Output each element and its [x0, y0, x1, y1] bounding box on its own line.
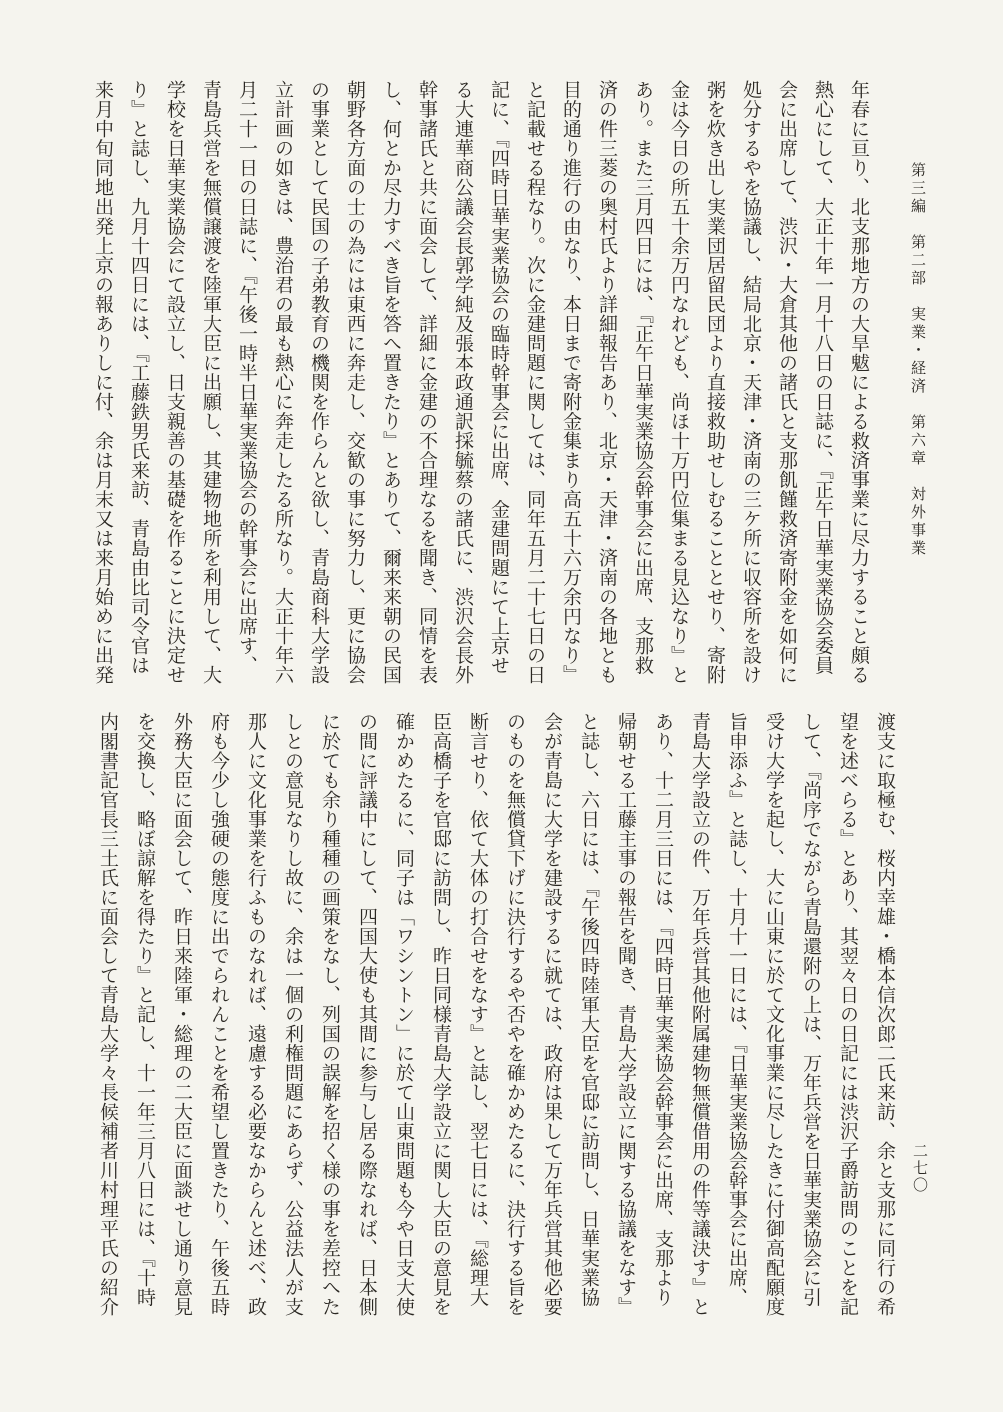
text-column: 府も今少し強硬の態度に出でられんことを希望し置きたり、午後五時: [200, 712, 237, 1344]
text-column: 青島兵営を無償譲渡を陸軍大臣に出願し、其建物地所を利用して、大: [193, 80, 229, 712]
text-column: 受け大学を起し、大に山東に於て文化事業に尽したきに付御高配願度: [755, 712, 792, 1344]
text-column: を交換し、略ぼ諒解を得たり』と記し、十一年三月八日には、『十時: [126, 712, 163, 1344]
text-column: し、何とか尽力すべき旨を答へ置きたり』とありて、爾来来朝の民国: [373, 80, 409, 712]
text-column: 月二十一日の日誌に、『午後一時半日華実業協会の幹事会に出席す、: [229, 80, 265, 712]
text-column: 青島大学設立の件、万年兵営其他附属建物無償借用の件等議決す』と: [681, 712, 718, 1344]
text-column: 熱心にして、大正十年一月十八日の日誌に、『正午日華実業協会委員: [805, 80, 841, 712]
text-column: 目的通り進行の由なり、本日まで寄附金集まり高五十六万余円なり』: [553, 80, 589, 712]
text-column: 来月中旬同地出発上京の報ありしに付、余は月末又は来月始めに出発: [85, 80, 121, 712]
text-column: 幹事諸氏と共に面会して、詳細に金建の不合理なるを聞き、同情を表: [409, 80, 445, 712]
text-column: 朝野各方面の士の為には東西に奔走し、交歓の事に努力し、更に協会: [337, 80, 373, 712]
text-column: 年春に亘り、北支那地方の大旱魃による救済事業に尽力すること頗る: [841, 80, 877, 712]
text-column: 処分するやを協議し、結局北京・天津・済南の三ケ所に収容所を設け: [733, 80, 769, 712]
text-column: 記に、『四時日華実業協会の臨時幹事会に出席、金建問題にて上京せ: [481, 80, 517, 712]
text-column: 外務大臣に面会して、昨日来陸軍・総理の二大臣に面談せし通り意見: [163, 712, 200, 1344]
text-column: り』と誌し、九月十四日には、『工藤鉄男氏来訪、青島由比司令官は: [121, 80, 157, 712]
text-column: 金は今日の所五十余万円なれども、尚ほ十万円位集まる見込なり』と: [661, 80, 697, 712]
text-column: 那人に文化事業を行ふものなれば、遠慮する必要なからんと述べ、政: [237, 712, 274, 1344]
text-column: の事業として民国の子弟教育の機関を作らんと欲し、青島商科大学設: [301, 80, 337, 712]
text-column: と誌し、六日には、『午後四時陸軍大臣を官邸に訪問し、日華実業協: [570, 712, 607, 1344]
text-column: あり。また三月四日には、『正午日華実業協会幹事会に出席、支那救: [625, 80, 661, 712]
text-column: 会に出席して、渋沢・大倉其他の諸氏と支那飢饉救済寄附金を如何に: [769, 80, 805, 712]
text-column: あり、十二月三日には、『四時日華実業協会幹事会に出席、支那より: [644, 712, 681, 1344]
text-column: して、『尚序でながら青島還附の上は、万年兵営を日華実業協会に引: [792, 712, 829, 1344]
text-column: 学校を日華実業協会にて設立し、日支親善の基礎を作ることに決定せ: [157, 80, 193, 712]
page-number: 二七〇: [910, 1143, 931, 1194]
text-column: 粥を炊き出し実業団居留民団より直接救助せしむることとせり、寄附: [697, 80, 733, 712]
top-text-block: 年春に亘り、北支那地方の大旱魃による救済事業に尽力すること頗る 熱心にして、大正…: [85, 80, 877, 712]
text-column: 断言せり、依て大体の打合せをなす』と誌し、翌七日には、『総理大: [459, 712, 496, 1344]
text-column: 確かめたるに、同子は「ワシントン」に於て山東問題も今や日支大使: [385, 712, 422, 1344]
text-column: に於ても余り種種の画策をなし、列国の誤解を招く様の事を差控へた: [311, 712, 348, 1344]
text-column: 渡支に取極む、桜内幸雄・橋本信次郎二氏来訪、余と支那に同行の希: [866, 712, 903, 1344]
bottom-text-block: 渡支に取極む、桜内幸雄・橋本信次郎二氏来訪、余と支那に同行の希 望を述べらる』と…: [89, 712, 903, 1344]
text-column: 内閣書記官長三土氏に面会して青島大学々長候補者川村理平氏の紹介: [89, 712, 126, 1344]
text-column: 立計画の如きは、豊治君の最も熱心に奔走したる所なり。大正十年六: [265, 80, 301, 712]
text-column: 臣高橋子を官邸に訪問し、昨日同様青島大学設立に関し大臣の意見を: [422, 712, 459, 1344]
text-column: 望を述べらる』とあり、其翌々日の日記には渋沢子爵訪問のことを記: [829, 712, 866, 1344]
text-column: 帰朝せる工藤主事の報告を聞き、青島大学設立に関する協議をなす』: [607, 712, 644, 1344]
text-column: る大連華商公議会長郭学純及張本政通訳採毓蔡の諸氏に、渋沢会長外: [445, 80, 481, 712]
text-column: の間に評議中にして、四国大使も其間に参与し居る際なれば、日本側: [348, 712, 385, 1344]
text-column: のものを無償貸下げに決行するや否やを確かめたるに、決行する旨を: [496, 712, 533, 1344]
text-column: と記載せる程なり。次に金建問題に関しては、同年五月二十七日の日: [517, 80, 553, 712]
text-column: しとの意見なりし故に、余は一個の利権問題にあらず、公益法人が支: [274, 712, 311, 1344]
text-column: 会が青島に大学を建設するに就ては、政府は果して万年兵営其他必要: [533, 712, 570, 1344]
text-column: 済の件三菱の奥村氏より詳細報告あり、北京・天津・済南の各地とも: [589, 80, 625, 712]
running-header: 第三編 第二部 実業・経済 第六章 対外事業: [908, 162, 929, 558]
scanned-book-page: 第三編 第二部 実業・経済 第六章 対外事業 二七〇 年春に亘り、北支那地方の大…: [0, 0, 1003, 1412]
text-column: 旨申添ふ』と誌し、十月十一日には、『日華実業協会幹事会に出席、: [718, 712, 755, 1344]
